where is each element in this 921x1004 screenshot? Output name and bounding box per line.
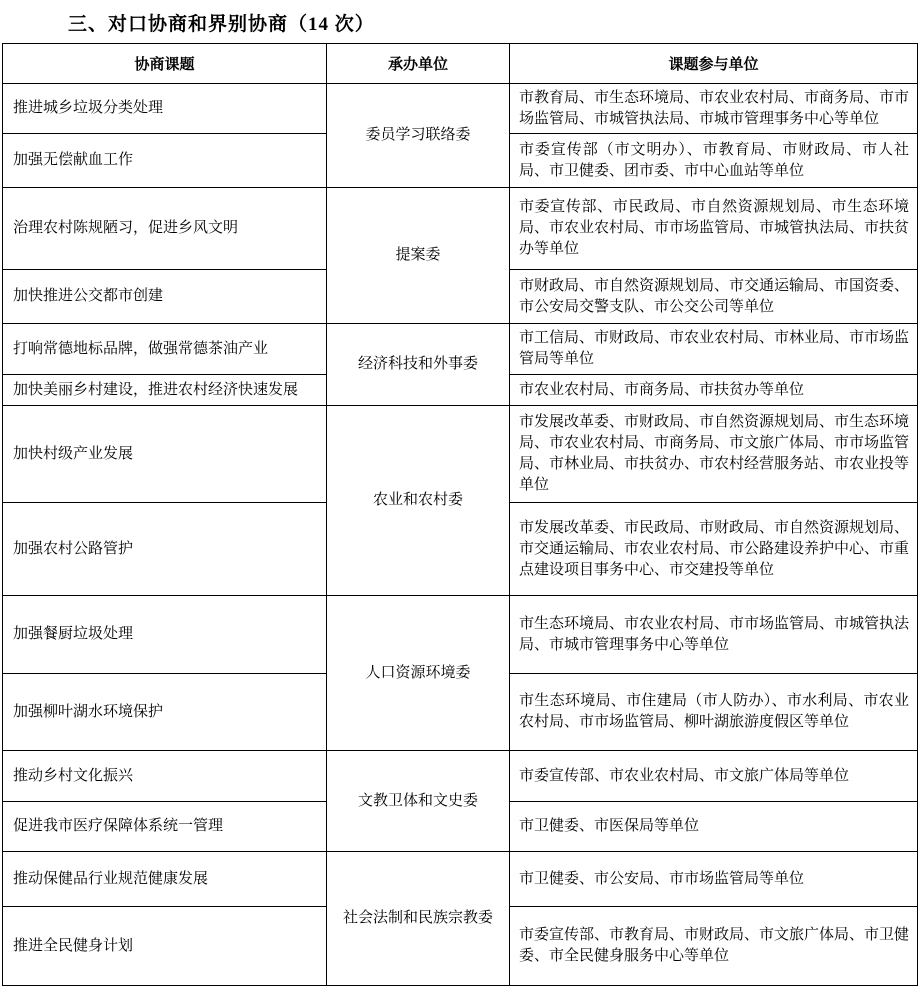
participants-cell: 市农业农村局、市商务局、市扶贫办等单位 (510, 375, 918, 406)
organizer-cell: 经济科技和外事委 (327, 324, 510, 406)
participants-cell: 市生态环境局、市农业农村局、市市场监管局、市城管执法局、市城市管理事务中心等单位 (510, 596, 918, 674)
participants-cell: 市卫健委、市医保局等单位 (510, 802, 918, 852)
header-organizer: 承办单位 (327, 44, 510, 84)
table-row: 加快村级产业发展 农业和农村委 市发展改革委、市财政局、市自然资源规划局、市生态… (3, 406, 918, 503)
table-row: 推动保健品行业规范健康发展 社会法制和民族宗教委 市卫健委、市公安局、市市场监管… (3, 852, 918, 907)
table-row: 治理农村陈规陋习，促进乡风文明 提案委 市委宣传部、市民政局、市自然资源规划局、… (3, 188, 918, 270)
organizer-cell: 提案委 (327, 188, 510, 324)
organizer-cell: 委员学习联络委 (327, 84, 510, 188)
topic-cell: 推进城乡垃圾分类处理 (3, 84, 327, 134)
table-header-row: 协商课题 承办单位 课题参与单位 (3, 44, 918, 84)
topic-cell: 加强柳叶湖水环境保护 (3, 674, 327, 751)
topic-cell: 加强无偿献血工作 (3, 134, 327, 188)
participants-cell: 市卫健委、市公安局、市市场监管局等单位 (510, 852, 918, 907)
topic-cell: 推动保健品行业规范健康发展 (3, 852, 327, 907)
participants-cell: 市教育局、市生态环境局、市农业农村局、市商务局、市市场监管局、市城管执法局、市城… (510, 84, 918, 134)
organizer-cell: 文教卫体和文史委 (327, 751, 510, 852)
participants-cell: 市生态环境局、市住建局（市人防办）、市水利局、市农业农村局、市市场监管局、柳叶湖… (510, 674, 918, 751)
topic-cell: 加快美丽乡村建设，推进农村经济快速发展 (3, 375, 327, 406)
participants-cell: 市发展改革委、市财政局、市自然资源规划局、市生态环境局、市农业农村局、市商务局、… (510, 406, 918, 503)
participants-cell: 市委宣传部、市农业农村局、市文旅广体局等单位 (510, 751, 918, 802)
table-row: 推动乡村文化振兴 文教卫体和文史委 市委宣传部、市农业农村局、市文旅广体局等单位 (3, 751, 918, 802)
consultation-table: 协商课题 承办单位 课题参与单位 推进城乡垃圾分类处理 委员学习联络委 市教育局… (2, 43, 918, 986)
participants-cell: 市委宣传部、市教育局、市财政局、市文旅广体局、市卫健委、市全民健身服务中心等单位 (510, 907, 918, 986)
topic-cell: 治理农村陈规陋习，促进乡风文明 (3, 188, 327, 270)
topic-cell: 加快村级产业发展 (3, 406, 327, 503)
topic-cell: 打响常德地标品牌，做强常德茶油产业 (3, 324, 327, 375)
table-row: 加强餐厨垃圾处理 人口资源环境委 市生态环境局、市农业农村局、市市场监管局、市城… (3, 596, 918, 674)
organizer-cell: 社会法制和民族宗教委 (327, 852, 510, 986)
organizer-cell: 人口资源环境委 (327, 596, 510, 751)
participants-cell: 市工信局、市财政局、市农业农村局、市林业局、市市场监管局等单位 (510, 324, 918, 375)
topic-cell: 加强餐厨垃圾处理 (3, 596, 327, 674)
topic-cell: 加强农村公路管护 (3, 503, 327, 596)
topic-cell: 推动乡村文化振兴 (3, 751, 327, 802)
organizer-cell: 农业和农村委 (327, 406, 510, 596)
table-row: 打响常德地标品牌，做强常德茶油产业 经济科技和外事委 市工信局、市财政局、市农业… (3, 324, 918, 375)
participants-cell: 市财政局、市自然资源规划局、市交通运输局、市国资委、市公安局交警支队、市公交公司… (510, 270, 918, 324)
header-topic: 协商课题 (3, 44, 327, 84)
participants-cell: 市委宣传部（市文明办）、市教育局、市财政局、市人社局、市卫健委、团市委、市中心血… (510, 134, 918, 188)
table-row: 推进城乡垃圾分类处理 委员学习联络委 市教育局、市生态环境局、市农业农村局、市商… (3, 84, 918, 134)
participants-cell: 市发展改革委、市民政局、市财政局、市自然资源规划局、市交通运输局、市农业农村局、… (510, 503, 918, 596)
header-participants: 课题参与单位 (510, 44, 918, 84)
topic-cell: 推进全民健身计划 (3, 907, 327, 986)
document-page: 三、对口协商和界别协商（14 次） 协商课题 承办单位 课题参与单位 推进城乡垃… (0, 0, 921, 1004)
participants-cell: 市委宣传部、市民政局、市自然资源规划局、市生态环境局、市农业农村局、市市场监管局… (510, 188, 918, 270)
topic-cell: 促进我市医疗保障体系统一管理 (3, 802, 327, 852)
section-title: 三、对口协商和界别协商（14 次） (0, 0, 921, 43)
topic-cell: 加快推进公交都市创建 (3, 270, 327, 324)
